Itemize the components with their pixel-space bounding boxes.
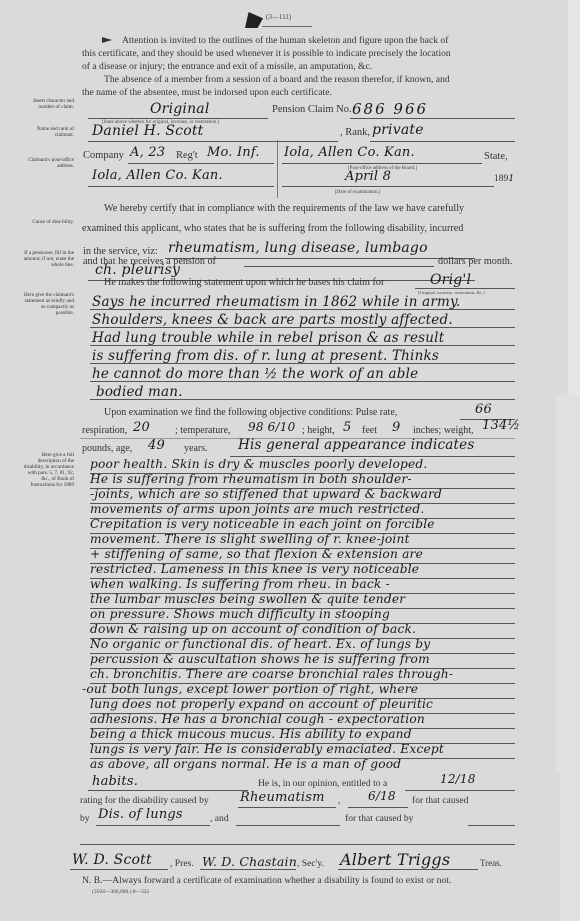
form-number: (3—111) [266, 14, 291, 20]
margin-note-cause: Cause of disa-bility. [22, 219, 74, 225]
years-label: years. [184, 443, 208, 454]
statement-prefix: He makes the following statement upon wh… [104, 277, 384, 288]
feet-label: feet [362, 425, 377, 436]
divider [262, 26, 312, 27]
claim-for-field[interactable]: Orig'l [430, 272, 471, 288]
underline [468, 825, 515, 826]
respiration-label: respiration, [82, 425, 127, 436]
statement-line: Says he incurred rheumatism in 1862 whil… [92, 294, 461, 310]
board-address-field[interactable]: Iola, Allen Co. Kan. [284, 145, 415, 160]
for-that-caused-by-label: for that caused by [345, 813, 413, 824]
underline [88, 790, 248, 791]
opinion-label: He is, in our opinion, entitled to a [258, 778, 387, 789]
treas-label: Treas. [480, 858, 502, 868]
margin-note-claim: Insert character and number of claim. [22, 98, 74, 110]
rank-field[interactable]: private [372, 122, 424, 138]
notice-line-2: this certificate, and they should be use… [82, 48, 451, 59]
temperature-field[interactable]: 98 6/10 [248, 420, 295, 434]
pension-prefix: and that he receives a pension of [83, 256, 216, 267]
underline [238, 807, 336, 808]
description-line: restricted. Lameness in this knee is ver… [90, 562, 419, 576]
underline [338, 869, 478, 870]
description-line: lungs is very fair. He is considerably e… [90, 742, 444, 756]
margin-note-post-office: Claimant's post-office address. [22, 157, 74, 169]
description-line: He is suffering from rheumatism in both … [90, 472, 412, 486]
description-line: on pressure. Shows much difficulty in st… [90, 607, 390, 621]
age-field[interactable]: 49 [148, 438, 165, 453]
temperature-label: ; temperature, [175, 425, 231, 436]
claimant-name-field[interactable]: Daniel H. Scott [92, 123, 204, 139]
certification-line-1: We hereby certify that in compliance wit… [104, 203, 464, 214]
pension-amount-field[interactable] [244, 266, 434, 267]
description-line: lung does not properly expand on account… [90, 697, 433, 711]
pension-claim-number[interactable]: 686 966 [352, 100, 428, 118]
state-label: State, [484, 151, 508, 162]
year-field[interactable]: 1 [508, 173, 514, 184]
print-code: (3504—300,000.) 8—332 [92, 889, 149, 895]
treasurer-signature: Albert Triggs [340, 850, 450, 869]
inches-label: inches; weight, [413, 425, 474, 436]
description-line: + stiffening of same, so that flexion & … [90, 547, 423, 561]
notice-line-3: of a disease or injury; the entrance and… [82, 61, 372, 72]
regt-field[interactable]: Mo. Inf. [207, 145, 260, 160]
and-label: , and [210, 813, 229, 824]
underline [88, 118, 268, 119]
by-label: by [80, 813, 90, 824]
year-label: 1891 [494, 173, 514, 184]
president-signature: W. D. Scott [72, 852, 152, 868]
margin-note-pensioner: If a pensioner, fill in the amount; if n… [22, 250, 74, 268]
footer-note: N. B.—Always forward a certificate of ex… [82, 875, 451, 886]
exam-first-line: His general appearance indicates [238, 437, 474, 453]
total-rating-field[interactable]: 12/18 [440, 772, 476, 786]
description-line: -out both lungs, except lower portion of… [82, 682, 418, 696]
description-line: Crepitation is very noticeable in each j… [90, 517, 435, 531]
rating-for-label: rating for the disability caused by [80, 795, 209, 806]
underline [200, 869, 296, 870]
rating-1-field[interactable]: 6/18 [368, 789, 396, 803]
pension-suffix: dollars per month. [438, 256, 512, 267]
margin-note-statement: Here give the claimant's statement as br… [22, 292, 74, 316]
certification-line-2: examined this applicant, who states that… [82, 223, 463, 234]
pres-label: , Pres. [170, 858, 194, 869]
pulse-rate-field[interactable]: 66 [475, 402, 492, 417]
for-that-caused-label: for that caused [412, 795, 468, 806]
secy-label: , Sec'y. [297, 858, 324, 869]
notice-line-4: The absence of a member from a session o… [104, 74, 450, 85]
description-line: being a thick mucous mucus. His ability … [90, 727, 412, 741]
description-line: -joints, which are so stiffened that upw… [90, 487, 442, 501]
underline [415, 288, 515, 289]
underline [350, 118, 515, 119]
height-feet-field[interactable]: 5 [343, 420, 351, 435]
underline [96, 825, 210, 826]
height-inches-field[interactable]: 9 [392, 420, 400, 435]
margin-note-name: Name and rank of claimant. [22, 126, 74, 138]
description-line: No organic or functional dis. of heart. … [90, 637, 430, 651]
underline [370, 141, 515, 142]
underline [282, 186, 494, 187]
description-line: movement. There is slight swelling of r.… [90, 532, 410, 546]
height-label: ; height, [302, 425, 335, 436]
ink-mark-icon [245, 12, 263, 28]
underline [282, 163, 482, 164]
company-field[interactable]: A, 23 [130, 145, 165, 160]
company-label: Company [83, 150, 124, 161]
description-line: as above, all organs normal. He is a man… [90, 757, 401, 771]
comma: , [338, 795, 340, 806]
cause-3-line-2[interactable] [80, 844, 515, 845]
description-line: when walking. Is suffering from rheu. in… [90, 577, 390, 591]
cause-2-field[interactable]: Dis. of lungs [98, 807, 183, 822]
description-line: poor health. Skin is dry & muscles poorl… [90, 457, 428, 471]
secretary-signature: W. D. Chastain [202, 854, 297, 869]
description-line: adhesions. He has a bronchial cough - ex… [90, 712, 425, 726]
rank-label: , Rank, [340, 127, 370, 138]
underline [128, 163, 274, 164]
year-prefix: 189 [494, 174, 508, 184]
statement-line: is suffering from dis. of r. lung at pre… [92, 348, 439, 364]
statement-line: Had lung trouble while in rebel prison &… [92, 330, 444, 346]
notice-line-5: the name of the absentee, must be indors… [82, 87, 332, 98]
respiration-field[interactable]: 20 [133, 420, 150, 435]
regt-label: Reg't [176, 150, 198, 161]
pension-claim-label: Pension Claim No. [272, 104, 352, 115]
weight-field[interactable]: 134½ [482, 418, 520, 433]
underline [88, 186, 274, 187]
exam-intro: Upon examination we find the following o… [104, 407, 397, 418]
exam-date-caption: [Date of examination.] [335, 190, 380, 196]
disability-field-1[interactable]: rheumatism, lung disease, lumbago [168, 240, 428, 256]
description-last-line: habits. [92, 774, 138, 789]
underline [70, 869, 168, 870]
notice-line-1: Attention is invited to the outlines of … [122, 35, 448, 46]
underline [88, 141, 338, 142]
description-line: movements of arms upon joints are much r… [90, 502, 424, 516]
claim-type-field[interactable]: Original [150, 101, 210, 117]
divider [277, 140, 278, 198]
exam-date-field[interactable]: April 8 [345, 169, 391, 184]
description-line: ch. bronchitis. There are coarse bronchi… [90, 667, 453, 681]
statement-line: he cannot do more than ½ the work of an … [92, 366, 418, 382]
description-line: the lumbar muscles being swollen & quite… [90, 592, 405, 606]
underline [348, 807, 408, 808]
description-line: percussion & auscultation shows he is su… [90, 652, 430, 666]
statement-line: Shoulders, knees & back are parts mostly… [92, 312, 453, 328]
pounds-age-label: pounds, age, [82, 443, 132, 454]
cause-3-field[interactable] [236, 825, 340, 826]
rating-section: habits. He is, in our opinion, entitled … [0, 772, 560, 921]
claimant-address-field[interactable]: Iola, Allen Co. Kan. [92, 168, 223, 183]
cause-1-field[interactable]: Rheumatism [240, 790, 325, 805]
statement-line: bodied man. [96, 384, 183, 400]
margin-note-description: Here give a full description of the disa… [22, 452, 74, 488]
pointing-hand-icon [102, 37, 112, 43]
underline [405, 790, 515, 791]
description-line: down & raising up on account of conditio… [90, 622, 416, 636]
